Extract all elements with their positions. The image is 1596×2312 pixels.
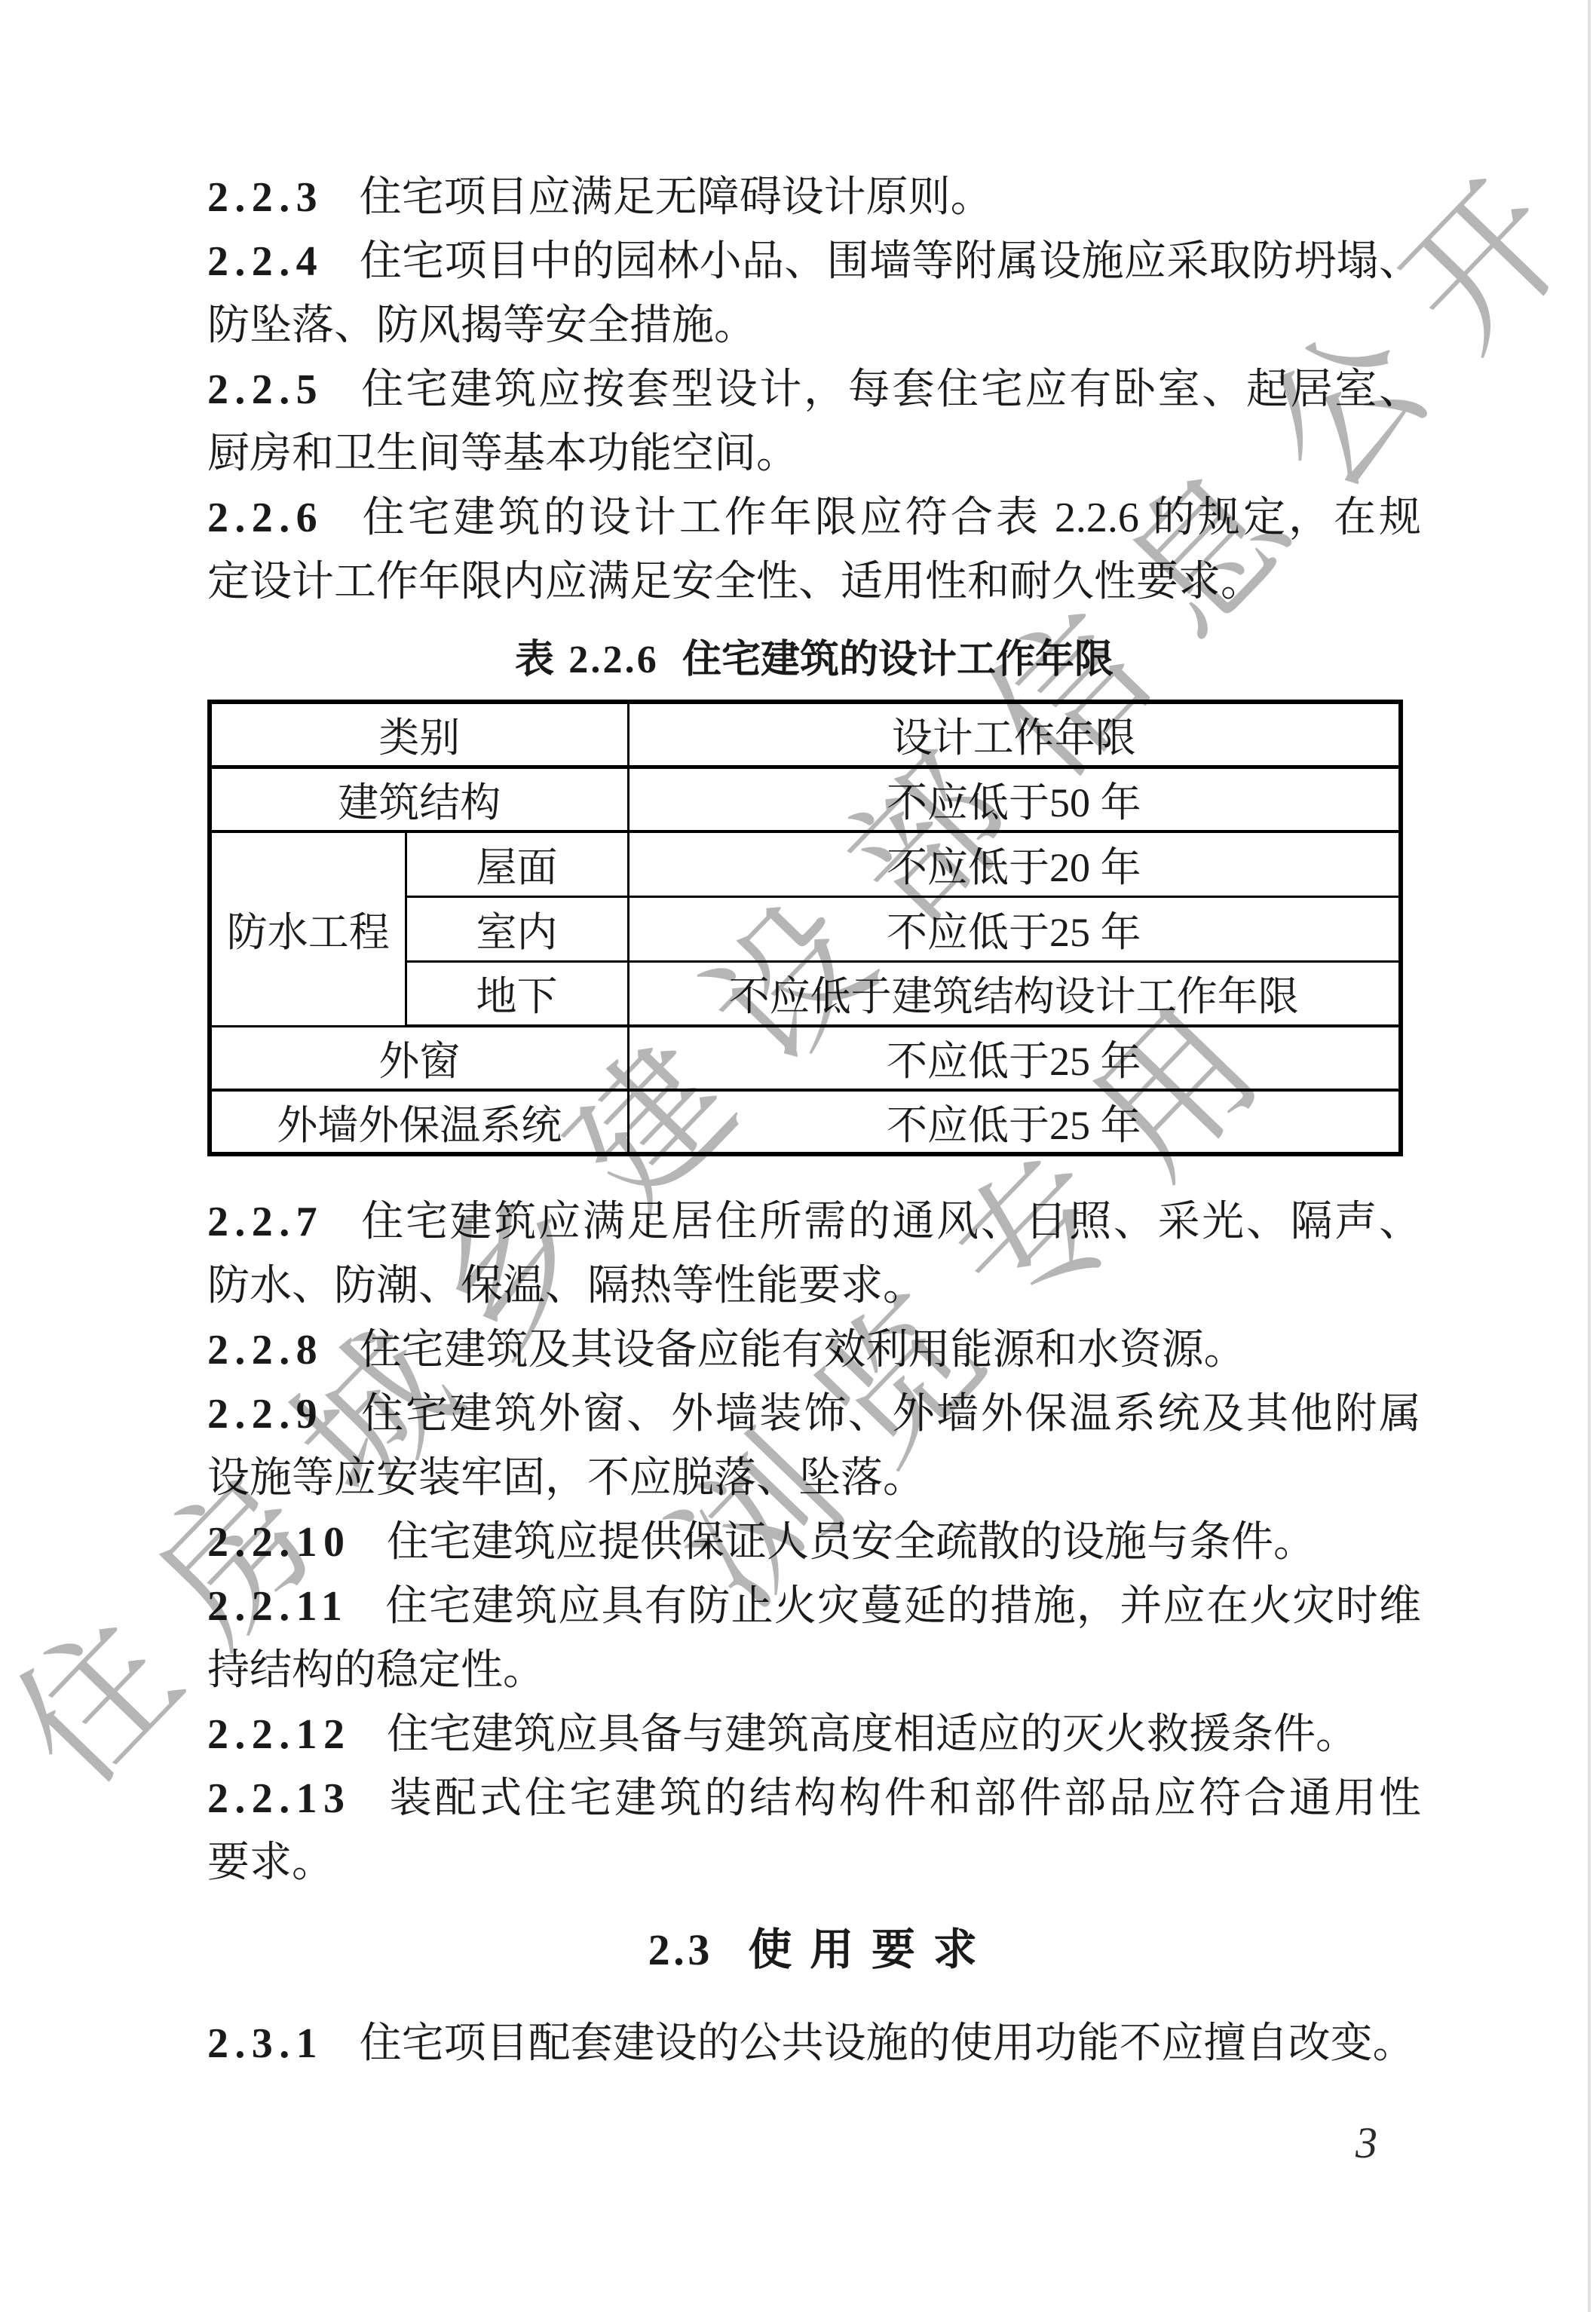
clause-number: 2.2.10 xyxy=(207,1519,387,1566)
clause-2-2-13-line-2: 要求。 xyxy=(207,1831,1421,1895)
group-cell-waterproof: 防水工程 xyxy=(210,831,406,1026)
table-caption: 表 2.2.6住宅建筑的设计工作年限 xyxy=(207,628,1421,692)
clause-number: 2.3.1 xyxy=(207,2020,360,2067)
clause-2-2-10: 2.2.10住宅建筑应提供保证人员安全疏散的设施与条件。 xyxy=(207,1511,1421,1575)
clause-2-2-11-line-2: 持结构的稳定性。 xyxy=(207,1639,1421,1703)
clause-text: 定设计工作年限内应满足安全性、适用性和耐久性要求。 xyxy=(207,559,1263,605)
value-cell: 不应低于25 年 xyxy=(628,1026,1401,1090)
value-cell: 不应低于20 年 xyxy=(628,831,1401,896)
clause-number: 2.2.7 xyxy=(207,1199,360,1245)
clause-number: 2.2.11 xyxy=(207,1583,384,1630)
clause-number: 2.2.12 xyxy=(207,1711,387,1758)
clause-number: 2.2.4 xyxy=(207,238,360,285)
clause-text: 住宅建筑应满足居住所需的通风、日照、采光、隔声、 xyxy=(360,1199,1421,1245)
clause-text: 持结构的稳定性。 xyxy=(207,1647,545,1694)
clause-2-2-12: 2.2.12住宅建筑应具备与建筑高度相适应的灭火救援条件。 xyxy=(207,1703,1421,1767)
row-insulation: 外墙外保温系统 不应低于25 年 xyxy=(210,1090,1401,1154)
table-header-row: 类别 设计工作年限 xyxy=(210,702,1401,767)
clause-text: 住宅建筑应按套型设计，每套住宅应有卧室、起居室、 xyxy=(360,366,1421,413)
row-waterproof-roof: 防水工程 屋面 不应低于20 年 xyxy=(210,831,1401,896)
clause-text: 设施等应安装牢固，不应脱落、坠落。 xyxy=(207,1455,925,1502)
clause-2-2-4-line-1: 2.2.4住宅项目中的园林小品、围墙等附属设施应采取防坍塌、 xyxy=(207,230,1421,294)
page-content: 2.2.3住宅项目应满足无障碍设计原则。 2.2.4住宅项目中的园林小品、围墙等… xyxy=(207,166,1421,2076)
scan-edge-artifact xyxy=(1588,0,1591,2312)
document-page: 住房城乡建设部信息公开 浏览专用 2.2.3住宅项目应满足无障碍设计原则。 2.… xyxy=(0,0,1596,2312)
clause-text: 住宅项目中的园林小品、围墙等附属设施应采取防坍塌、 xyxy=(360,238,1421,285)
clause-2-2-7-line-2: 防水、防潮、保温、隔热等性能要求。 xyxy=(207,1254,1421,1318)
clause-number: 2.2.6 xyxy=(207,495,360,541)
clause-text: 住宅建筑应提供保证人员安全疏散的设施与条件。 xyxy=(387,1519,1316,1566)
clause-2-2-11-line-1: 2.2.11住宅建筑应具有防止火灾蔓延的措施，并应在火灾时维 xyxy=(207,1575,1421,1639)
clause-text: 住宅建筑的设计工作年限应符合表 2.2.6 的规定，在规 xyxy=(360,495,1421,541)
clause-number: 2.2.5 xyxy=(207,366,360,413)
clause-text: 住宅建筑及其设备应能有效利用能源和水资源。 xyxy=(360,1327,1246,1373)
clause-2-2-8: 2.2.8住宅建筑及其设备应能有效利用能源和水资源。 xyxy=(207,1318,1421,1383)
clause-2-2-7-line-1: 2.2.7住宅建筑应满足居住所需的通风、日照、采光、隔声、 xyxy=(207,1190,1421,1254)
clause-text: 住宅建筑外窗、外墙装饰、外墙外保温系统及其他附属 xyxy=(360,1391,1421,1438)
section-2-3-heading: 2.3使 用 要 求 xyxy=(207,1918,1421,1982)
clause-2-2-4-line-2: 防坠落、防风揭等安全措施。 xyxy=(207,294,1421,358)
category-cell: 外墙外保温系统 xyxy=(210,1090,628,1154)
clause-2-2-5-line-2: 厨房和卫生间等基本功能空间。 xyxy=(207,422,1421,486)
clause-number: 2.2.8 xyxy=(207,1327,360,1373)
header-category-cell: 类别 xyxy=(210,702,628,767)
subcategory-cell: 室内 xyxy=(406,896,628,961)
table-caption-title: 住宅建筑的设计工作年限 xyxy=(682,638,1114,681)
clause-text: 住宅建筑应具有防止火灾蔓延的措施，并应在火灾时维 xyxy=(384,1583,1421,1630)
subcategory-cell: 屋面 xyxy=(406,831,628,896)
clause-2-2-3: 2.2.3住宅项目应满足无障碍设计原则。 xyxy=(207,166,1421,230)
design-working-life-table: 类别 设计工作年限 建筑结构 不应低于50 年 防水工程 屋面 不应低于20 年… xyxy=(207,700,1403,1156)
clause-text: 住宅项目配套建设的公共设施的使用功能不应擅自改变。 xyxy=(360,2020,1415,2067)
value-cell: 不应低于25 年 xyxy=(628,896,1401,961)
clause-text: 住宅建筑应具备与建筑高度相适应的灭火救援条件。 xyxy=(387,1711,1358,1758)
value-cell: 不应低于建筑结构设计工作年限 xyxy=(628,961,1401,1026)
clause-2-2-9-line-2: 设施等应安装牢固，不应脱落、坠落。 xyxy=(207,1447,1421,1511)
header-value-cell: 设计工作年限 xyxy=(628,702,1401,767)
value-cell: 不应低于25 年 xyxy=(628,1090,1401,1154)
section-number: 2.3 xyxy=(648,1925,749,1974)
clause-number: 2.2.3 xyxy=(207,174,360,221)
clause-2-3-1: 2.3.1住宅项目配套建设的公共设施的使用功能不应擅自改变。 xyxy=(207,2012,1421,2076)
clause-number: 2.2.13 xyxy=(207,1775,387,1822)
row-structure: 建筑结构 不应低于50 年 xyxy=(210,767,1401,831)
row-windows: 外窗 不应低于25 年 xyxy=(210,1026,1401,1090)
clause-2-2-13-line-1: 2.2.13装配式住宅建筑的结构构件和部件部品应符合通用性 xyxy=(207,1767,1421,1831)
value-cell: 不应低于50 年 xyxy=(628,767,1401,831)
clause-2-2-6-line-2: 定设计工作年限内应满足安全性、适用性和耐久性要求。 xyxy=(207,550,1421,614)
clause-text: 装配式住宅建筑的结构构件和部件部品应符合通用性 xyxy=(387,1775,1421,1822)
clause-text: 住宅项目应满足无障碍设计原则。 xyxy=(360,174,993,221)
subcategory-cell: 地下 xyxy=(406,961,628,1026)
page-number: 3 xyxy=(1356,2111,1377,2175)
section-title: 使 用 要 求 xyxy=(748,1925,980,1974)
clause-text: 防坠落、防风揭等安全措施。 xyxy=(207,302,756,349)
clause-number: 2.2.9 xyxy=(207,1391,360,1438)
clause-text: 厨房和卫生间等基本功能空间。 xyxy=(207,430,798,477)
clause-text: 要求。 xyxy=(207,1839,334,1886)
clause-2-2-5-line-1: 2.2.5住宅建筑应按套型设计，每套住宅应有卧室、起居室、 xyxy=(207,358,1421,422)
table-caption-label: 表 2.2.6 xyxy=(515,638,682,681)
category-cell: 建筑结构 xyxy=(210,767,628,831)
clause-2-2-9-line-1: 2.2.9住宅建筑外窗、外墙装饰、外墙外保温系统及其他附属 xyxy=(207,1383,1421,1447)
clause-text: 防水、防潮、保温、隔热等性能要求。 xyxy=(207,1263,925,1309)
clause-2-2-6-line-1: 2.2.6住宅建筑的设计工作年限应符合表 2.2.6 的规定，在规 xyxy=(207,486,1421,550)
category-cell: 外窗 xyxy=(210,1026,628,1090)
